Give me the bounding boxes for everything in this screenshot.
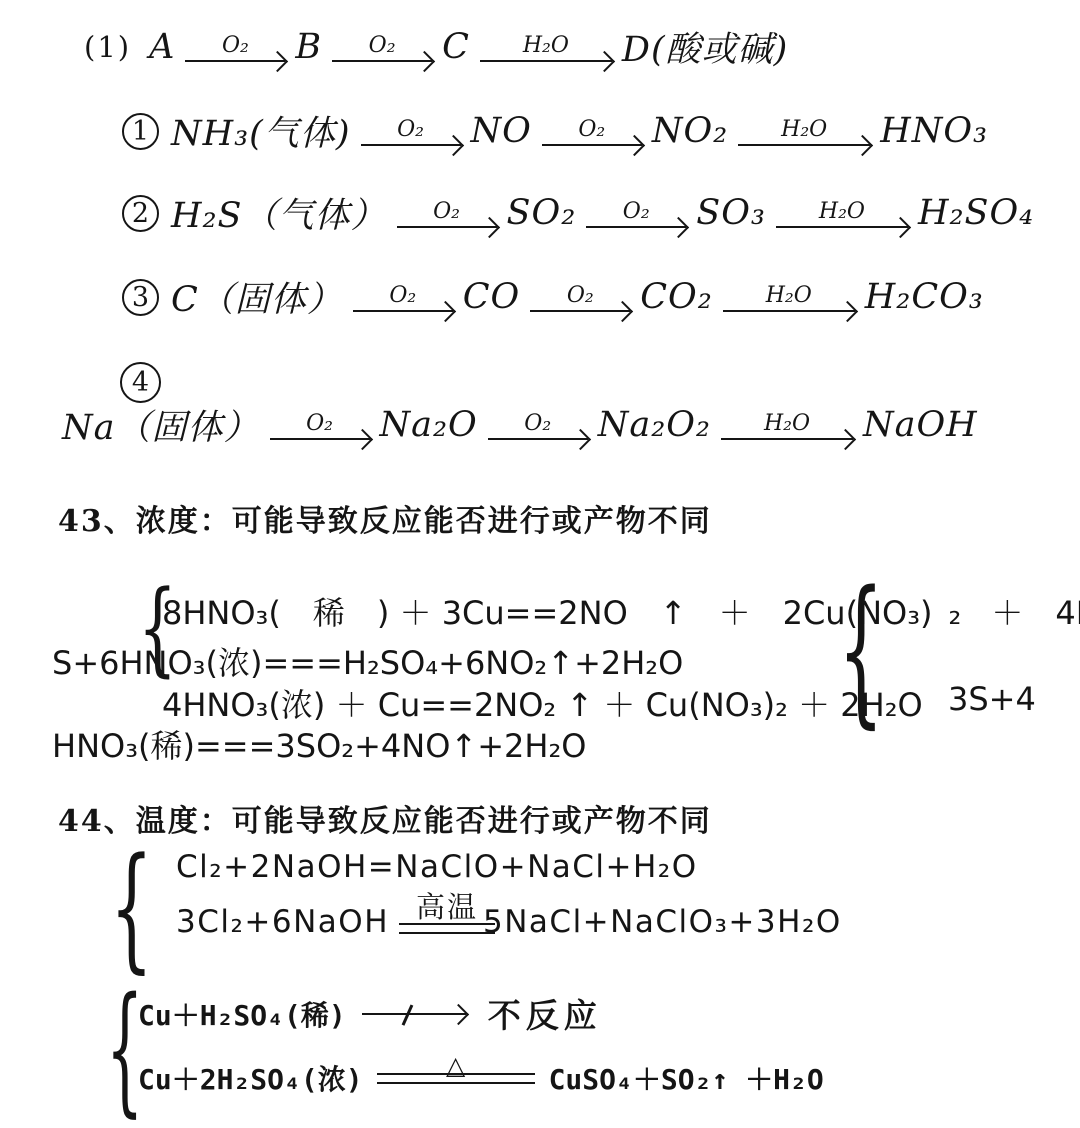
reaction-chain-row: 2 H₂S（气体） O₂ SO₂ O₂ SO₃ H₂O H₂SO₄ (122, 188, 1034, 238)
arrow-condition-label: O₂ (369, 35, 396, 57)
arrow-shaft (480, 60, 612, 62)
chem-formula: D(酸或碱) (622, 22, 788, 72)
condition-label: 高温 (416, 893, 478, 922)
chem-formula: NO₂ (652, 111, 728, 151)
arrow-shaft (723, 310, 855, 312)
arrow-condition-label: O₂ (567, 285, 594, 307)
equation-line: Cu＋H₂SO₄(稀) 不反应 (138, 990, 602, 1037)
chem-formula: A (149, 27, 175, 67)
chem-formula: Na（固体） (62, 400, 260, 450)
circled-number: 3 (122, 279, 159, 316)
reaction-arrow-icon: H₂O (738, 117, 870, 146)
arrow-condition-label: O₂ (222, 35, 249, 57)
arrow-shaft (488, 438, 588, 440)
reaction-arrow-icon: H₂O (776, 199, 908, 228)
equation-line: 8HNO₃( 稀 ) ＋ 3Cu==2NO ↑ ＋ 2Cu(NO₃) ₂ ＋ 4… (162, 588, 1080, 634)
section-44-heading: 44、温度：可能导致反应能否进行或产物不同 (58, 796, 712, 840)
arrow-shaft (542, 144, 642, 146)
chem-formula: C (442, 27, 470, 67)
chem-formula: H₂S（气体） (171, 188, 387, 238)
reaction-arrow-icon: O₂ (488, 411, 588, 440)
item-label: (1) (84, 30, 131, 64)
double-equals-rule (399, 923, 495, 934)
arrow-shaft (530, 310, 630, 312)
reaction-arrow-icon: O₂ (586, 199, 686, 228)
chem-formula: Na₂O (380, 405, 478, 445)
reaction-arrow-icon: O₂ (530, 283, 630, 312)
document-page: (1) A O₂ B O₂ C H₂O D(酸或碱) 1 NH₃(气体) O₂ … (0, 0, 1080, 1128)
no-reaction-arrow-icon (362, 1013, 466, 1015)
arrow-condition-label: O₂ (524, 413, 551, 435)
equation-text: ＋ 4H₂O (991, 588, 1080, 634)
arrow-condition-label: O₂ (306, 413, 333, 435)
equation-line: HNO₃(稀)===3SO₂+4NO↑+2H₂O (52, 721, 586, 767)
arrow-condition-label: H₂O (781, 119, 827, 141)
chem-formula: HNO₃ (880, 111, 988, 151)
arrow-shaft (353, 310, 453, 312)
reaction-condition: 高温 (399, 893, 495, 934)
strike-mark (401, 1004, 412, 1025)
chem-formula: Na₂O₂ (598, 405, 711, 445)
reaction-arrow-icon: H₂O (721, 411, 853, 440)
chem-formula: NO (471, 111, 532, 151)
chem-formula: H₂SO₄ (918, 193, 1034, 233)
arrow-shaft (738, 144, 870, 146)
chem-formula: SO₃ (696, 193, 766, 233)
equation-text: HNO₃(稀)===3SO₂+4NO↑+2H₂O (52, 721, 586, 767)
equation-text: Cu＋H₂SO₄(稀) (138, 994, 346, 1034)
arrow-condition-label: O₂ (623, 201, 650, 223)
no-reaction-text: 不反应 (488, 990, 602, 1037)
chem-formula: H₂CO₃ (865, 277, 984, 317)
chem-formula: NaOH (863, 405, 978, 445)
reaction-arrow-icon: O₂ (270, 411, 370, 440)
equation-text: 5NaCl+NaClO₃+3H₂O (483, 904, 842, 940)
left-brace-decoration: { (110, 840, 153, 975)
chem-formula: C（固体） (171, 272, 343, 322)
arrow-condition-label: H₂O (764, 413, 810, 435)
chem-formula: B (295, 27, 322, 67)
reaction-arrow-icon: O₂ (542, 117, 642, 146)
arrow-condition-label: H₂O (766, 285, 812, 307)
circled-number: 1 (122, 113, 159, 150)
reaction-arrow-icon: O₂ (353, 283, 453, 312)
equation-text: CuSO₄＋SO₂↑ ＋H₂O (549, 1058, 824, 1098)
arrow-condition-label: H₂O (523, 35, 569, 57)
equation-text: S+6HNO₃(浓)===H₂SO₄+6NO₂↑+2H₂O (52, 638, 683, 684)
arrow-condition-label: O₂ (578, 119, 605, 141)
reaction-arrow-icon: H₂O (480, 33, 612, 62)
reaction-arrow-icon: O₂ (185, 33, 285, 62)
arrow-shaft (721, 438, 853, 440)
delta-heat-icon: △ (446, 1053, 465, 1078)
equation-text: 3S+4 (948, 680, 1036, 718)
arrow-condition-label: O₂ (389, 285, 416, 307)
chem-formula: CO₂ (640, 277, 713, 317)
chem-formula: SO₂ (507, 193, 577, 233)
equation-line: 4HNO₃(浓) ＋ Cu==2NO₂ ↑ ＋ Cu(NO₃)₂ ＋ 2H₂O (162, 680, 923, 726)
arrow-shaft (270, 438, 370, 440)
chem-formula: CO (463, 277, 520, 317)
reaction-chain-row: Na（固体） O₂ Na₂O O₂ Na₂O₂ H₂O NaOH (62, 400, 978, 450)
arrow-shaft (776, 226, 908, 228)
reaction-arrow-icon: O₂ (397, 199, 497, 228)
arrow-shaft (397, 226, 497, 228)
equation-text: 3Cl₂+6NaOH (176, 904, 389, 940)
chem-formula: NH₃(气体) (171, 106, 351, 156)
equation-line: 3Cl₂+6NaOH 高温 5NaCl+NaClO₃+3H₂O (176, 893, 842, 940)
reaction-chain-row: 3 C（固体） O₂ CO O₂ CO₂ H₂O H₂CO₃ (122, 272, 984, 322)
equation-text: 4HNO₃(浓) ＋ Cu==2NO₂ ↑ ＋ Cu(NO₃)₂ ＋ 2H₂O (162, 680, 923, 726)
equation-line: Cl₂+2NaOH=NaClO+NaCl+H₂O (176, 849, 698, 885)
reaction-arrow-icon: O₂ (332, 33, 432, 62)
arrow-shaft (185, 60, 285, 62)
arrow-condition-label: H₂O (819, 201, 865, 223)
heated-condition-rule: △ (377, 1073, 535, 1084)
displaced-subscript: ₂ (949, 594, 962, 632)
circled-number: 4 (120, 362, 161, 403)
arrow-shaft (332, 60, 432, 62)
circled-number: 2 (122, 195, 159, 232)
equation-line-wrap-fragment: 3S+4 (948, 680, 1036, 718)
reaction-arrow-icon: O₂ (361, 117, 461, 146)
arrow-condition-label: O₂ (433, 201, 460, 223)
reaction-chain-row: (1) A O₂ B O₂ C H₂O D(酸或碱) (84, 22, 788, 72)
section-43-heading: 43、浓度：可能导致反应能否进行或产物不同 (58, 496, 712, 540)
reaction-arrow-icon: H₂O (723, 283, 855, 312)
arrow-shaft (586, 226, 686, 228)
equation-text: Cu＋2H₂SO₄(浓) (138, 1058, 363, 1098)
equation-text: 8HNO₃( 稀 ) ＋ 3Cu==2NO ↑ ＋ 2Cu(NO₃) (162, 588, 933, 634)
reaction-chain-row: 1 NH₃(气体) O₂ NO O₂ NO₂ H₂O HNO₃ (122, 106, 988, 156)
arrow-condition-label: O₂ (397, 119, 424, 141)
equation-line: Cu＋2H₂SO₄(浓) △ CuSO₄＋SO₂↑ ＋H₂O (138, 1058, 824, 1098)
arrow-shaft (361, 144, 461, 146)
equation-line: S+6HNO₃(浓)===H₂SO₄+6NO₂↑+2H₂O (52, 638, 683, 684)
